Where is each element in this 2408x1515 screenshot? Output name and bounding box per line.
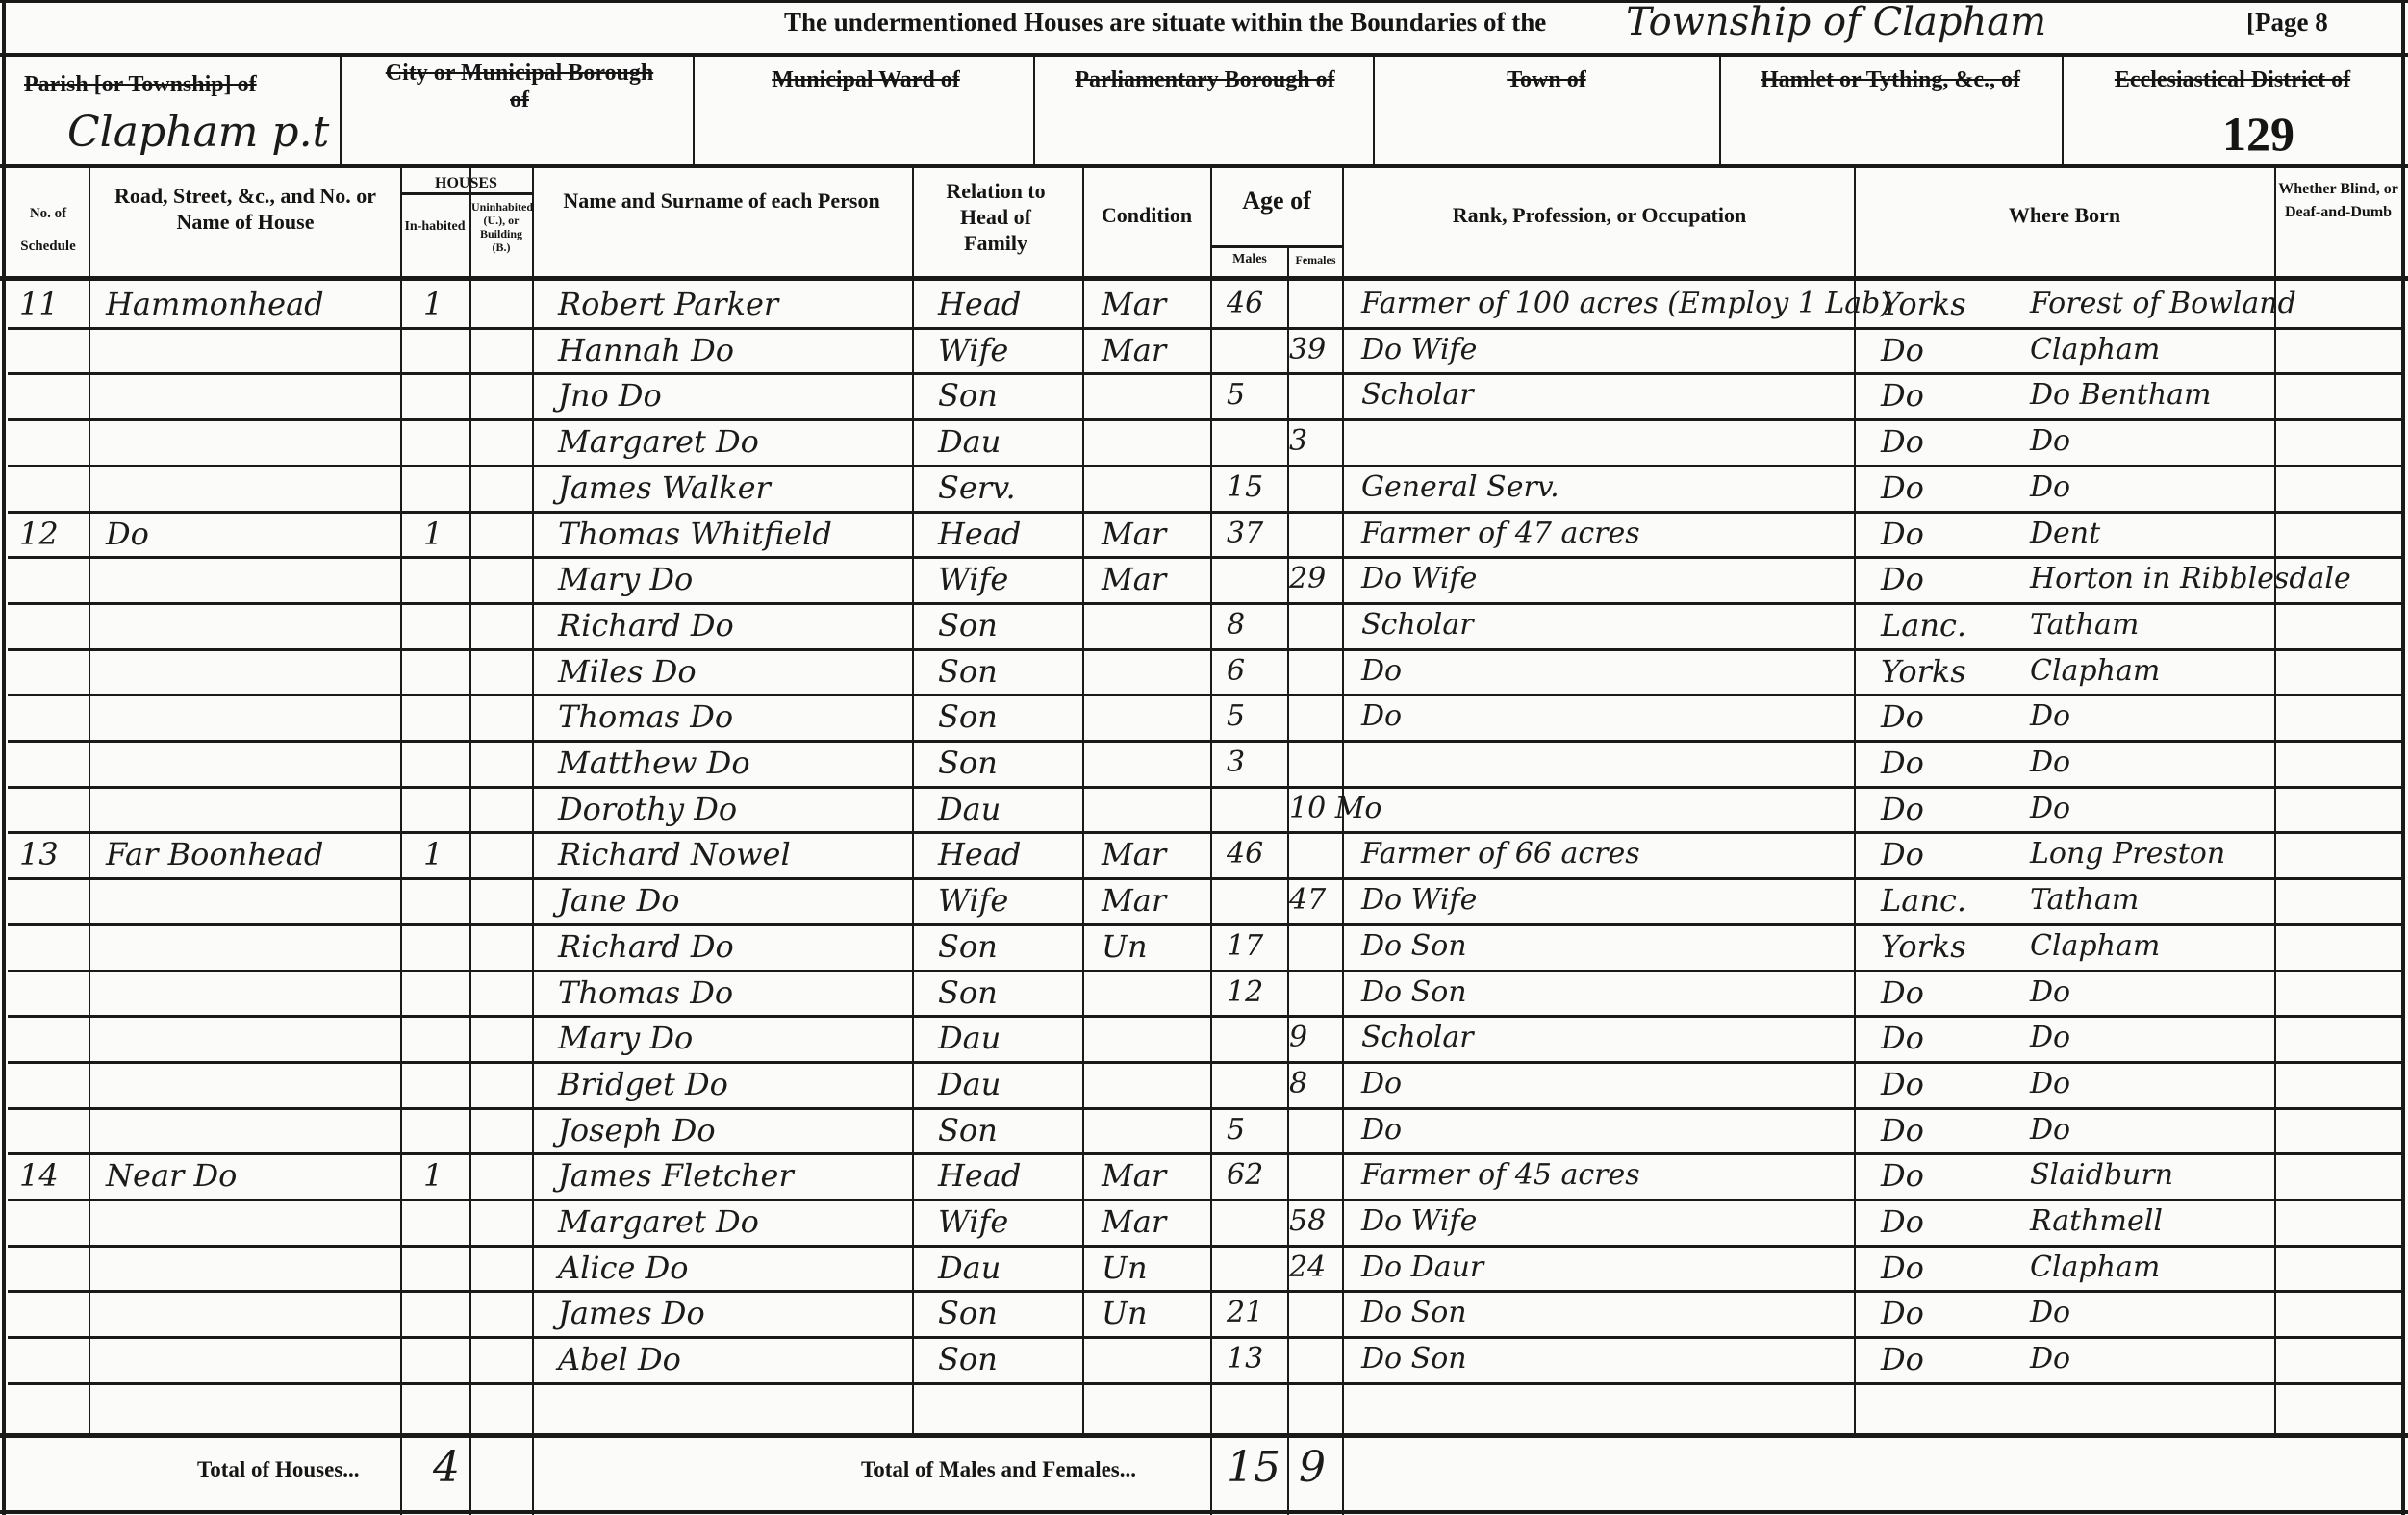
occupation: Do [1361,1063,1402,1105]
occupation: Do [1361,695,1402,738]
person-name: Abel Do [558,1338,681,1380]
col-header-condition: Condition [1085,202,1208,228]
occupation: Do Son [1361,972,1467,1014]
person-name: Dorothy Do [558,788,737,830]
col-header-relation: Relation to Head of Family [928,178,1063,256]
inhabited-count: 1 [423,513,443,555]
born-place: Clapham [2030,925,2160,968]
female-age: 9 [1289,1017,1307,1059]
person-name: Miles Do [558,650,697,693]
born-county: Do [1881,558,1924,600]
right-border [2401,0,2405,1515]
person-name: Richard Do [558,604,734,646]
born-county: Do [1881,788,1924,830]
person-name: Hannah Do [558,329,734,371]
born-place: Tatham [2030,879,2139,922]
person-name: Jane Do [558,879,680,922]
census-page: The undermentioned Houses are situate wi… [0,0,2408,1515]
born-county: Do [1881,467,1924,509]
occupation: Farmer of 100 acres (Employ 1 Lab) [1361,283,1891,325]
schedule-number: 13 [19,833,59,875]
age-subrule [1210,245,1342,248]
occupation: Do Wife [1361,558,1477,600]
hdr-box-divider [693,55,695,165]
row-rule [8,1382,2403,1385]
column-header-rule [0,276,2408,281]
born-county: Do [1881,1109,1924,1151]
male-age: 21 [1227,1292,1263,1334]
person-name: Mary Do [558,1017,693,1059]
male-age: 17 [1227,925,1263,968]
col-header-schedule-text: No. of Schedule [20,206,76,254]
person-name: Thomas Do [558,695,733,738]
person-name: Matthew Do [558,742,750,784]
relation: Dau [938,1063,1001,1105]
person-name: Margaret Do [558,420,759,463]
person-name: James Walker [558,467,771,509]
ecclesiastical-district-value: 129 [2222,106,2294,162]
male-age: 5 [1227,695,1245,738]
person-name: Thomas Whitfield [558,513,832,555]
relation: Head [938,513,1021,555]
inhabited-count: 1 [423,1154,443,1197]
born-county: Do [1881,1338,1924,1380]
born-county: Do [1881,972,1924,1014]
relation: Wife [938,329,1008,371]
born-place: Do [2030,420,2070,463]
table-bottom-rule [0,1433,2408,1438]
occupation: Do Daur [1361,1247,1483,1289]
condition: Mar [1102,833,1166,875]
header-rule-2 [0,164,2408,168]
col-divider [1342,168,1344,1515]
female-age: 58 [1289,1200,1326,1243]
born-county: Do [1881,1292,1924,1334]
born-place: Do [2030,788,2070,830]
male-age: 13 [1227,1338,1263,1380]
born-county: Do [1881,1063,1924,1105]
road-name: Do [106,513,149,555]
total-males-value: 15 [1227,1443,1280,1492]
condition: Un [1102,1247,1148,1289]
preamble-text: The undermentioned Houses are situate wi… [784,8,1546,38]
born-place: Forest of Bowland [2030,283,2296,325]
occupation: Do Wife [1361,1200,1477,1243]
parish-label: Parish [or Township] of [24,72,257,98]
col-header-age-of: Age of [1212,188,1341,214]
born-place: Do [2030,695,2070,738]
col-divider [400,168,402,1515]
col-header-road: Road, Street, &c., and No. or Name of Ho… [106,183,385,235]
occupation: Farmer of 66 acres [1361,833,1640,875]
born-place: Clapham [2030,1247,2160,1289]
male-age: 6 [1227,650,1245,693]
relation: Serv. [938,467,1016,509]
person-name: Alice Do [558,1247,689,1289]
person-name: Jno Do [558,374,662,417]
male-age: 8 [1227,604,1245,646]
ecclesiastical-district-label: Ecclesiastical District of [2066,67,2398,93]
occupation: Do Son [1361,925,1467,968]
born-county: Do [1881,513,1924,555]
born-place: Do [2030,467,2070,509]
occupation: Do Son [1361,1338,1467,1380]
born-place: Do [2030,972,2070,1014]
occupation: Do [1361,650,1402,693]
total-houses-label: Total of Houses... [197,1457,359,1482]
born-county: Do [1881,1247,1924,1289]
col-header-where-born: Where Born [1857,202,2272,228]
page-bottom-rule [0,1510,2408,1514]
schedule-number: 14 [19,1154,59,1197]
road-name: Far Boonhead [106,833,323,875]
born-place: Do Bentham [2030,374,2211,417]
born-place: Do [2030,742,2070,784]
condition: Mar [1102,513,1166,555]
relation: Dau [938,1017,1001,1059]
male-age: 46 [1227,833,1263,875]
condition: Un [1102,925,1148,968]
relation: Son [938,695,998,738]
occupation: Do Son [1361,1292,1467,1334]
condition: Mar [1102,1154,1166,1197]
male-age: 62 [1227,1154,1263,1197]
condition: Mar [1102,558,1166,600]
city-borough-label: City or Municipal Borough of [375,60,664,114]
top-rule [0,0,2408,3]
occupation: Do Wife [1361,329,1477,371]
hamlet-label: Hamlet or Tything, &c., of [1722,67,2059,93]
relation: Son [938,604,998,646]
condition: Mar [1102,283,1166,325]
person-name: Richard Nowel [558,833,791,875]
col-header-occupation: Rank, Profession, or Occupation [1347,202,1852,228]
born-county: Do [1881,1017,1924,1059]
female-age: 10 Mo [1289,788,1382,830]
hdr-box-divider [1033,55,1035,165]
township-handwritten: Township of Clapham [1626,0,2046,44]
parish-label-text: Parish [or Township] of [24,72,257,97]
left-border [2,0,6,1515]
male-age: 5 [1227,374,1245,417]
relation: Son [938,1292,998,1334]
town-label: Town of [1376,67,1717,93]
municipal-ward-label: Municipal Ward of [702,67,1029,93]
male-age: 15 [1227,467,1263,509]
col-header-uninhabited: Uninhabited (U.), or Building (B.) [471,200,531,254]
schedule-number: 12 [19,513,59,555]
col-divider [532,168,534,1515]
person-name: Richard Do [558,925,734,968]
born-place: Rathmell [2030,1200,2163,1243]
relation: Wife [938,879,1008,922]
occupation: Farmer of 45 acres [1361,1154,1640,1197]
male-age: 12 [1227,972,1263,1014]
occupation: Farmer of 47 acres [1361,513,1640,555]
road-name: Near Do [106,1154,237,1197]
person-name: Robert Parker [558,283,778,325]
col-header-houses: HOUSES [400,170,532,196]
person-name: Thomas Do [558,972,733,1014]
col-header-blind: Whether Blind, or Deaf-and-Dumb [2278,178,2398,224]
born-place: Horton in Ribblesdale [2030,558,2351,600]
person-name: Mary Do [558,558,693,600]
occupation: Scholar [1361,374,1474,417]
born-place: Do [2030,1338,2070,1380]
female-age: 39 [1289,329,1326,371]
relation: Head [938,1154,1021,1197]
relation: Dau [938,420,1001,463]
female-age: 8 [1289,1063,1307,1105]
born-county: Do [1881,329,1924,371]
relation: Head [938,833,1021,875]
header-rule-1 [0,53,2408,57]
person-name: James Do [558,1292,705,1334]
born-place: Do [2030,1292,2070,1334]
female-age: 3 [1289,420,1307,463]
born-county: Do [1881,420,1924,463]
relation: Son [938,925,998,968]
born-place: Slaidburn [2030,1154,2173,1197]
occupation: General Serv. [1361,467,1559,509]
occupation: Scholar [1361,1017,1474,1059]
person-name: Margaret Do [558,1200,759,1243]
male-age: 37 [1227,513,1263,555]
hdr-box-divider [1373,55,1375,165]
born-place: Long Preston [2030,833,2225,875]
born-county: Lanc. [1881,604,1966,646]
road-name: Hammonhead [106,283,324,325]
born-county: Lanc. [1881,879,1966,922]
col-divider [1210,168,1212,1515]
total-females-value: 9 [1299,1443,1326,1492]
relation: Son [938,650,998,693]
born-place: Do [2030,1109,2070,1151]
col-header-inhabited: In-habited [402,219,468,235]
inhabited-count: 1 [423,283,443,325]
relation: Son [938,742,998,784]
born-county: Yorks [1881,283,1966,325]
relation: Wife [938,558,1008,600]
born-county: Yorks [1881,650,1966,693]
female-age: 29 [1289,558,1326,600]
born-county: Do [1881,742,1924,784]
condition: Un [1102,1292,1148,1334]
hdr-box-divider [1719,55,1721,165]
col-divider [469,168,471,1515]
born-place: Clapham [2030,650,2160,693]
male-age: 46 [1227,283,1263,325]
schedule-number: 11 [19,283,59,325]
born-place: Tatham [2030,604,2139,646]
relation: Son [938,972,998,1014]
male-age: 5 [1227,1109,1245,1151]
male-age: 3 [1227,742,1245,784]
occupation: Do [1361,1109,1402,1151]
person-name: Bridget Do [558,1063,728,1105]
born-place: Do [2030,1063,2070,1105]
inhabited-count: 1 [423,833,443,875]
female-age: 47 [1289,879,1326,922]
relation: Head [938,283,1021,325]
condition: Mar [1102,329,1166,371]
born-place: Clapham [2030,329,2160,371]
person-name: James Fletcher [558,1154,794,1197]
total-persons-label: Total of Males and Females... [861,1457,1136,1482]
page-number: [Page 8 [2246,8,2328,38]
relation: Wife [938,1200,1008,1243]
born-place: Do [2030,1017,2070,1059]
parish-value: Clapham p.t [67,108,329,157]
hdr-box-divider [340,55,342,165]
born-place: Dent [2030,513,2100,555]
hdr-box-divider [2062,55,2064,165]
born-county: Do [1881,833,1924,875]
condition: Mar [1102,879,1166,922]
relation: Son [938,1109,998,1151]
person-name: Joseph Do [558,1109,716,1151]
col-header-schedule: No. of Schedule [8,197,89,263]
occupation: Do Wife [1361,879,1477,922]
relation: Dau [938,788,1001,830]
col-header-males: Males [1212,252,1287,267]
condition: Mar [1102,1200,1166,1243]
born-county: Do [1881,695,1924,738]
col-header-name: Name and Surname of each Person [558,188,885,214]
born-county: Do [1881,374,1924,417]
col-header-females: Females [1289,252,1342,267]
total-houses-value: 4 [433,1443,460,1492]
female-age: 24 [1289,1247,1326,1289]
born-county: Do [1881,1154,1924,1197]
relation: Dau [938,1247,1001,1289]
born-county: Yorks [1881,925,1966,968]
parliamentary-borough-label: Parliamentary Borough of [1039,67,1371,93]
relation: Son [938,1338,998,1380]
relation: Son [938,374,998,417]
occupation: Scholar [1361,604,1474,646]
born-county: Do [1881,1200,1924,1243]
